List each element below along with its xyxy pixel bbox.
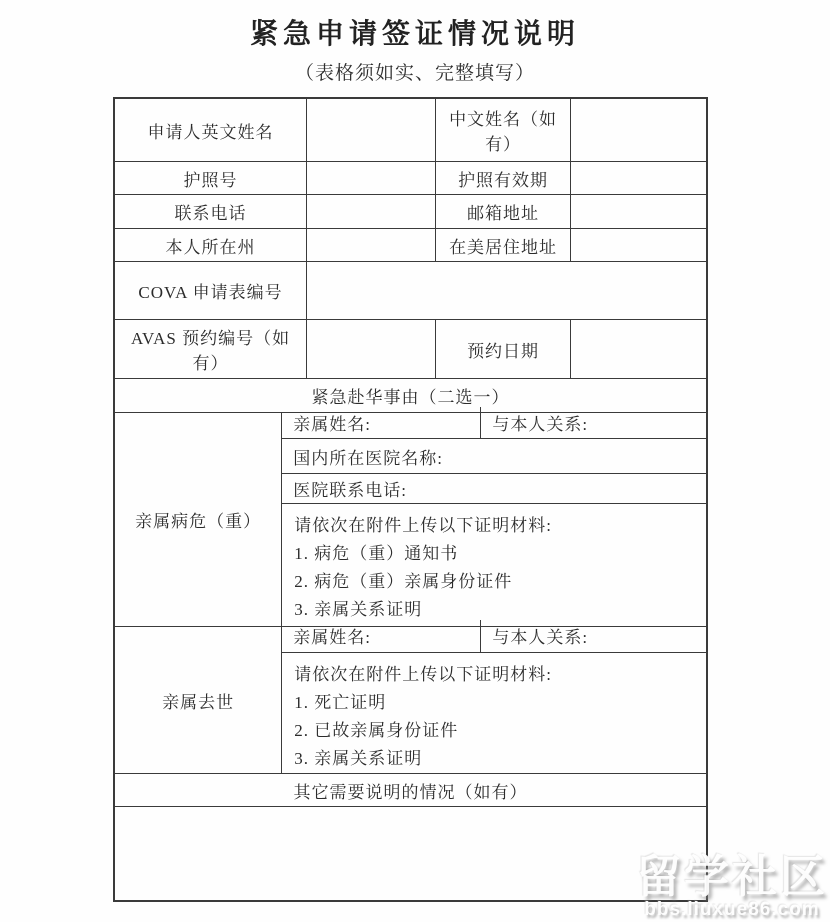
critical-illness-label: 亲属病危（重） (115, 413, 282, 626)
email-label: 邮箱地址 (436, 195, 570, 228)
page-subtitle: （表格须如实、完整填写） (0, 58, 830, 85)
cova-field[interactable] (307, 262, 706, 319)
other-remarks-field[interactable] (115, 807, 706, 900)
state-field[interactable] (307, 229, 436, 261)
watermark-site-url: bbs.liuxue86.com (636, 900, 828, 919)
table-row: COVA 申请表编号 (115, 262, 706, 320)
state-label-text: 本人所在州 (166, 233, 256, 258)
relative-name-row: 亲属姓名: 与本人关系: (282, 620, 706, 653)
deceased-label: 亲属去世 (115, 627, 282, 773)
avas-label-text: AVAS 预约编号（如有） (129, 324, 293, 374)
hospital-name-field[interactable]: 国内所在医院名称: (282, 439, 706, 474)
relation-field[interactable]: 与本人关系: (481, 407, 706, 438)
passport-validity-field[interactable] (571, 162, 706, 194)
critical-illness-label-text: 亲属病危（重） (135, 507, 261, 532)
chinese-name-label: 中文姓名（如有） (436, 99, 570, 161)
hospital-phone-label-text: 医院联系电话: (293, 476, 407, 501)
avas-label: AVAS 预约编号（如有） (115, 320, 307, 378)
other-header-text: 其它需要说明的情况（如有） (294, 778, 528, 803)
critical-material-item-1: 1. 病危（重）通知书 (294, 540, 694, 568)
relative-name-label-text: 亲属姓名: (293, 410, 371, 435)
relative-name-field[interactable]: 亲属姓名: (282, 620, 481, 652)
deceased-details: 亲属姓名: 与本人关系: 请依次在附件上传以下证明材料: 1. 死亡证明 2. … (282, 627, 706, 773)
relative-name-field[interactable]: 亲属姓名: (282, 407, 481, 438)
phone-field[interactable] (307, 195, 436, 228)
deceased-label-text: 亲属去世 (162, 688, 234, 713)
deceased-material-item-3: 3. 亲属关系证明 (294, 745, 694, 773)
reason-header-text: 紧急赴华事由（二选一） (312, 383, 510, 408)
passport-no-field[interactable] (307, 162, 436, 194)
chinese-name-field[interactable] (571, 99, 706, 161)
other-header: 其它需要说明的情况（如有） (115, 774, 706, 806)
us-address-label-text: 在美居住地址 (449, 233, 557, 258)
relation-label-text: 与本人关系: (492, 623, 588, 648)
cova-label-text: COVA 申请表编号 (138, 278, 282, 303)
cova-label: COVA 申请表编号 (115, 262, 307, 319)
chinese-name-label-text: 中文姓名（如有） (443, 105, 563, 155)
hospital-name-label-text: 国内所在医院名称: (293, 444, 443, 469)
email-label-text: 邮箱地址 (467, 199, 539, 224)
english-name-label: 申请人英文姓名 (115, 99, 307, 161)
deceased-materials-title: 请依次在附件上传以下证明材料: (294, 661, 694, 689)
appointment-date-label: 预约日期 (436, 320, 570, 378)
avas-field[interactable] (307, 320, 436, 378)
critical-materials-title: 请依次在附件上传以下证明材料: (294, 512, 694, 540)
visa-form-table: 申请人英文姓名 中文姓名（如有） 护照号 护照有效期 联系电话 邮箱地址 本人所… (113, 97, 708, 902)
email-field[interactable] (571, 195, 706, 228)
state-label: 本人所在州 (115, 229, 307, 261)
table-row: 申请人英文姓名 中文姓名（如有） (115, 99, 706, 162)
phone-label-text: 联系电话 (175, 199, 247, 224)
table-row: 护照号 护照有效期 (115, 162, 706, 195)
table-row: 联系电话 邮箱地址 (115, 195, 706, 229)
english-name-label-text: 申请人英文姓名 (148, 118, 274, 143)
relation-label-text: 与本人关系: (492, 410, 588, 435)
page-title: 紧急申请签证情况说明 (0, 12, 830, 52)
appointment-date-field[interactable] (571, 320, 706, 378)
passport-validity-label-text: 护照有效期 (458, 166, 548, 191)
critical-materials-list: 请依次在附件上传以下证明材料: 1. 病危（重）通知书 2. 病危（重）亲属身份… (282, 504, 706, 632)
table-row: 本人所在州 在美居住地址 (115, 229, 706, 262)
passport-no-label-text: 护照号 (184, 166, 238, 191)
deceased-material-item-1: 1. 死亡证明 (294, 689, 694, 717)
appointment-date-label-text: 预约日期 (467, 337, 539, 362)
deceased-materials-list: 请依次在附件上传以下证明材料: 1. 死亡证明 2. 已故亲属身份证件 3. 亲… (282, 653, 706, 781)
critical-illness-details: 亲属姓名: 与本人关系: 国内所在医院名称: 医院联系电话: 请依次在附件上传以… (282, 413, 706, 626)
relative-name-row: 亲属姓名: 与本人关系: (282, 407, 706, 439)
us-address-field[interactable] (571, 229, 706, 261)
phone-label: 联系电话 (115, 195, 307, 228)
passport-no-label: 护照号 (115, 162, 307, 194)
critical-illness-section: 亲属病危（重） 亲属姓名: 与本人关系: 国内所在医院名称: 医院联系电话: 请… (115, 413, 706, 627)
other-header-row: 其它需要说明的情况（如有） (115, 774, 706, 807)
relative-name-label-text: 亲属姓名: (293, 623, 371, 648)
table-row: AVAS 预约编号（如有） 预约日期 (115, 320, 706, 379)
passport-validity-label: 护照有效期 (436, 162, 570, 194)
english-name-field[interactable] (307, 99, 436, 161)
hospital-phone-field[interactable]: 医院联系电话: (282, 474, 706, 504)
deceased-material-item-2: 2. 已故亲属身份证件 (294, 717, 694, 745)
relation-field[interactable]: 与本人关系: (481, 620, 706, 652)
critical-material-item-2: 2. 病危（重）亲属身份证件 (294, 568, 694, 596)
us-address-label: 在美居住地址 (436, 229, 570, 261)
deceased-section: 亲属去世 亲属姓名: 与本人关系: 请依次在附件上传以下证明材料: 1. 死亡证… (115, 627, 706, 774)
